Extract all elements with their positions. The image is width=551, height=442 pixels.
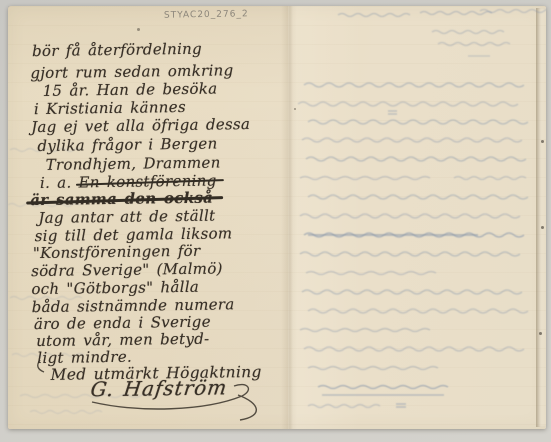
handwriting-line: 15 år. Han de besöka: [43, 80, 218, 100]
handwriting-line: "Konstföreningen för: [33, 242, 201, 262]
handwriting-line: dylika frågor i Bergen: [37, 135, 217, 156]
handwriting-line: i Kristiania kännes: [34, 98, 186, 118]
signature: G. Hafström: [90, 378, 229, 398]
letter-sheet: STYAC20_276_2 bör få återfördelning gjor…: [8, 6, 546, 429]
manuscript-text: bör få återfördelning gjort rum sedan om…: [7, 0, 551, 429]
handwriting-text: i. a.: [40, 173, 79, 192]
handwriting-line: Jag ej vet alla öfriga dessa: [31, 115, 250, 136]
handwriting-line: bör få återfördelning: [32, 40, 202, 60]
scanned-letter: STYAC20_276_2 bör få återfördelning gjor…: [0, 0, 551, 442]
handwriting-line: och "Götborgs" hålla: [31, 278, 199, 298]
